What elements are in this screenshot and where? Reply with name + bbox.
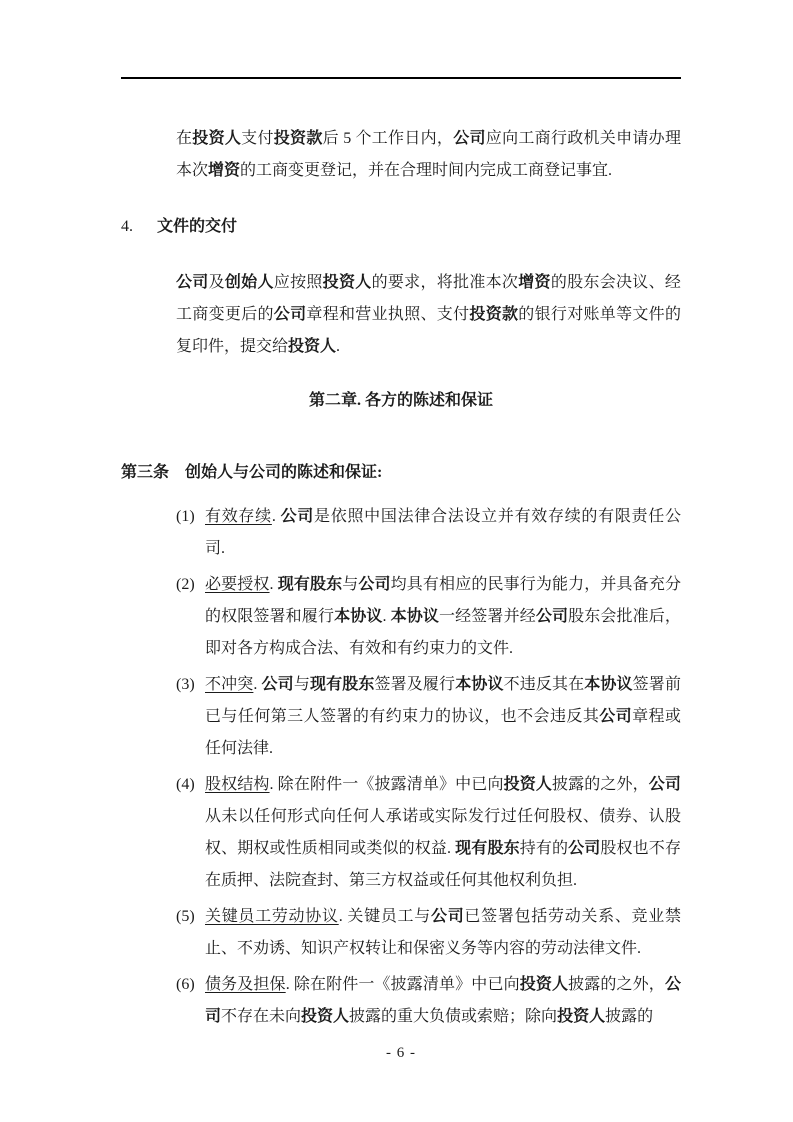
text-run: . 除在附件一《披露清单》中已向 — [286, 976, 520, 993]
text-run: 支付 — [241, 130, 274, 147]
list-item-marker: (3) — [176, 669, 205, 765]
text-run: . 除在附件一《披露清单》中已向 — [270, 776, 504, 793]
list-item-5: (5) 关键员工劳动协议. 关键员工与公司已签署包括劳动关系、竞业禁止、不劝诱、… — [176, 901, 681, 965]
text-run: 第二章. 各方的陈述和保证 — [309, 392, 493, 409]
text-run: 不存在未向 — [221, 1008, 301, 1025]
list-item-4: (4) 股权结构. 除在附件一《披露清单》中已向投资人披露的之外，公司从未以任何… — [176, 769, 681, 897]
list-item-1: (1) 有效存续. 公司是依照中国法律合法设立并有效存续的有限责任公司. — [176, 501, 681, 565]
text-run: 持有的 — [520, 840, 568, 857]
list-item-marker: (4) — [176, 769, 205, 897]
article-heading-text: 创始人与公司的陈述和保证: — [185, 464, 382, 481]
text-run: 必要授权 — [205, 576, 270, 593]
text-run: 投资人 — [504, 776, 552, 793]
text-run: 公司 — [262, 676, 294, 693]
article-number: 第三条 — [121, 457, 169, 489]
representations-list: (1) 有效存续. 公司是依照中国法律合法设立并有效存续的有限责任公司. (2)… — [176, 501, 681, 1033]
text-run: 投资人 — [192, 130, 241, 147]
text-run: 公司 — [176, 274, 209, 291]
article-heading: 第三条创始人与公司的陈述和保证: — [121, 457, 681, 489]
text-run: 章程和营业执照、支付 — [306, 306, 469, 323]
page-content: 在投资人支付投资款后 5 个工作日内，公司应向工商行政机关申请办理本次增资的工商… — [121, 0, 681, 1062]
text-run: 本协议 — [391, 608, 439, 625]
section-number: 4. — [121, 211, 157, 243]
text-run: 投资人 — [520, 976, 568, 993]
text-run: 创始人与公司的陈述和保证: — [185, 464, 382, 481]
text-run: 投资款 — [469, 306, 518, 323]
list-item-text: 不冲突. 公司与现有股东签署及履行本协议不违反其在本协议签署前已与任何第三人签署… — [205, 669, 681, 765]
body-paragraph-registration: 在投资人支付投资款后 5 个工作日内，公司应向工商行政机关申请办理本次增资的工商… — [176, 123, 681, 187]
text-run: 股权结构 — [205, 776, 270, 793]
text-run: . — [382, 608, 390, 625]
text-run: 一经签署并经 — [439, 608, 536, 625]
text-run: 后 5 个工作日内， — [323, 130, 454, 147]
text-run: 现有股东 — [310, 676, 375, 693]
text-run: . — [270, 576, 278, 593]
list-item-text: 债务及担保. 除在附件一《披露清单》中已向投资人披露的之外，公司不存在未向投资人… — [205, 969, 681, 1033]
text-run: 披露的之外， — [552, 776, 649, 793]
text-run: 公司 — [649, 776, 681, 793]
text-run: 本协议 — [584, 676, 632, 693]
section-heading-4: 4. 文件的交付 — [121, 211, 681, 243]
text-run: 不冲突 — [205, 676, 253, 693]
text-run: 债务及担保 — [205, 976, 286, 993]
text-run: 关键员工劳动协议 — [205, 908, 339, 925]
text-run: 的工商变更登记，并在合理时间内完成工商登记事宜. — [240, 162, 612, 179]
section-heading-text: 文件的交付 — [157, 211, 237, 243]
text-run: 公司 — [274, 306, 307, 323]
list-item-text: 关键员工劳动协议. 关键员工与公司已签署包括劳动关系、竞业禁止、不劝诱、知识产权… — [205, 901, 681, 965]
text-run: 与 — [342, 576, 358, 593]
text-run: 在 — [176, 130, 192, 147]
document-page: 在投资人支付投资款后 5 个工作日内，公司应向工商行政机关申请办理本次增资的工商… — [0, 0, 793, 1122]
list-item-3: (3) 不冲突. 公司与现有股东签署及履行本协议不违反其在本协议签署前已与任何第… — [176, 669, 681, 765]
text-run: 公司 — [568, 840, 600, 857]
text-run: . — [272, 508, 281, 525]
text-run: 应按照 — [274, 274, 323, 291]
list-item-text: 有效存续. 公司是依照中国法律合法设立并有效存续的有限责任公司. — [205, 501, 681, 565]
text-run: 公司 — [536, 608, 568, 625]
page-number: - 6 - — [121, 1045, 681, 1062]
text-run: 投资款 — [274, 130, 323, 147]
text-run: 的要求，将批准本次 — [372, 274, 519, 291]
text-run: 签署及履行 — [375, 676, 456, 693]
text-run: 增资 — [518, 274, 551, 291]
list-item-2: (2) 必要授权. 现有股东与公司均具有相应的民事行为能力，并具备充分的权限签署… — [176, 569, 681, 665]
text-run: 不违反其在 — [504, 676, 585, 693]
header-rule — [121, 77, 681, 79]
text-run: 及 — [209, 274, 225, 291]
text-run: 文件的交付 — [157, 218, 237, 235]
text-run: 现有股东 — [278, 576, 343, 593]
text-run: 本协议 — [334, 608, 382, 625]
text-run: . — [253, 676, 261, 693]
text-run: 投资人 — [323, 274, 372, 291]
body-paragraph-delivery: 公司及创始人应按照投资人的要求，将批准本次增资的股东会决议、经工商变更后的公司章… — [176, 267, 681, 363]
list-item-text: 股权结构. 除在附件一《披露清单》中已向投资人披露的之外，公司从未以任何形式向任… — [205, 769, 681, 897]
list-item-marker: (2) — [176, 569, 205, 665]
text-run: 公司 — [281, 508, 314, 525]
text-run: 创始人 — [225, 274, 274, 291]
text-run: 公司 — [453, 130, 486, 147]
text-run: 本协议 — [455, 676, 503, 693]
list-item-text: 必要授权. 现有股东与公司均具有相应的民事行为能力，并具备充分的权限签署和履行本… — [205, 569, 681, 665]
text-run: 现有股东 — [455, 840, 520, 857]
text-run: 公司 — [431, 908, 464, 925]
text-run: 投资人 — [301, 1008, 349, 1025]
text-run: . 关键员工与 — [339, 908, 431, 925]
text-run: 投资人 — [557, 1008, 605, 1025]
text-run: 与 — [294, 676, 310, 693]
list-item-marker: (1) — [176, 501, 205, 565]
list-item-marker: (5) — [176, 901, 205, 965]
text-run: 投资人 — [288, 338, 336, 355]
text-run: 公司 — [358, 576, 390, 593]
text-run: 披露的重大负债或索赔；除向 — [349, 1008, 557, 1025]
text-run: 披露的之外， — [568, 976, 665, 993]
chapter-heading: 第二章. 各方的陈述和保证 — [121, 385, 681, 417]
text-run: . — [336, 338, 340, 355]
text-run: 披露的 — [605, 1008, 653, 1025]
list-item-6: (6) 债务及担保. 除在附件一《披露清单》中已向投资人披露的之外，公司不存在未… — [176, 969, 681, 1033]
text-run: 增资 — [208, 162, 240, 179]
list-item-marker: (6) — [176, 969, 205, 1033]
text-run: 有效存续 — [205, 508, 272, 525]
text-run: 公司 — [599, 708, 632, 725]
